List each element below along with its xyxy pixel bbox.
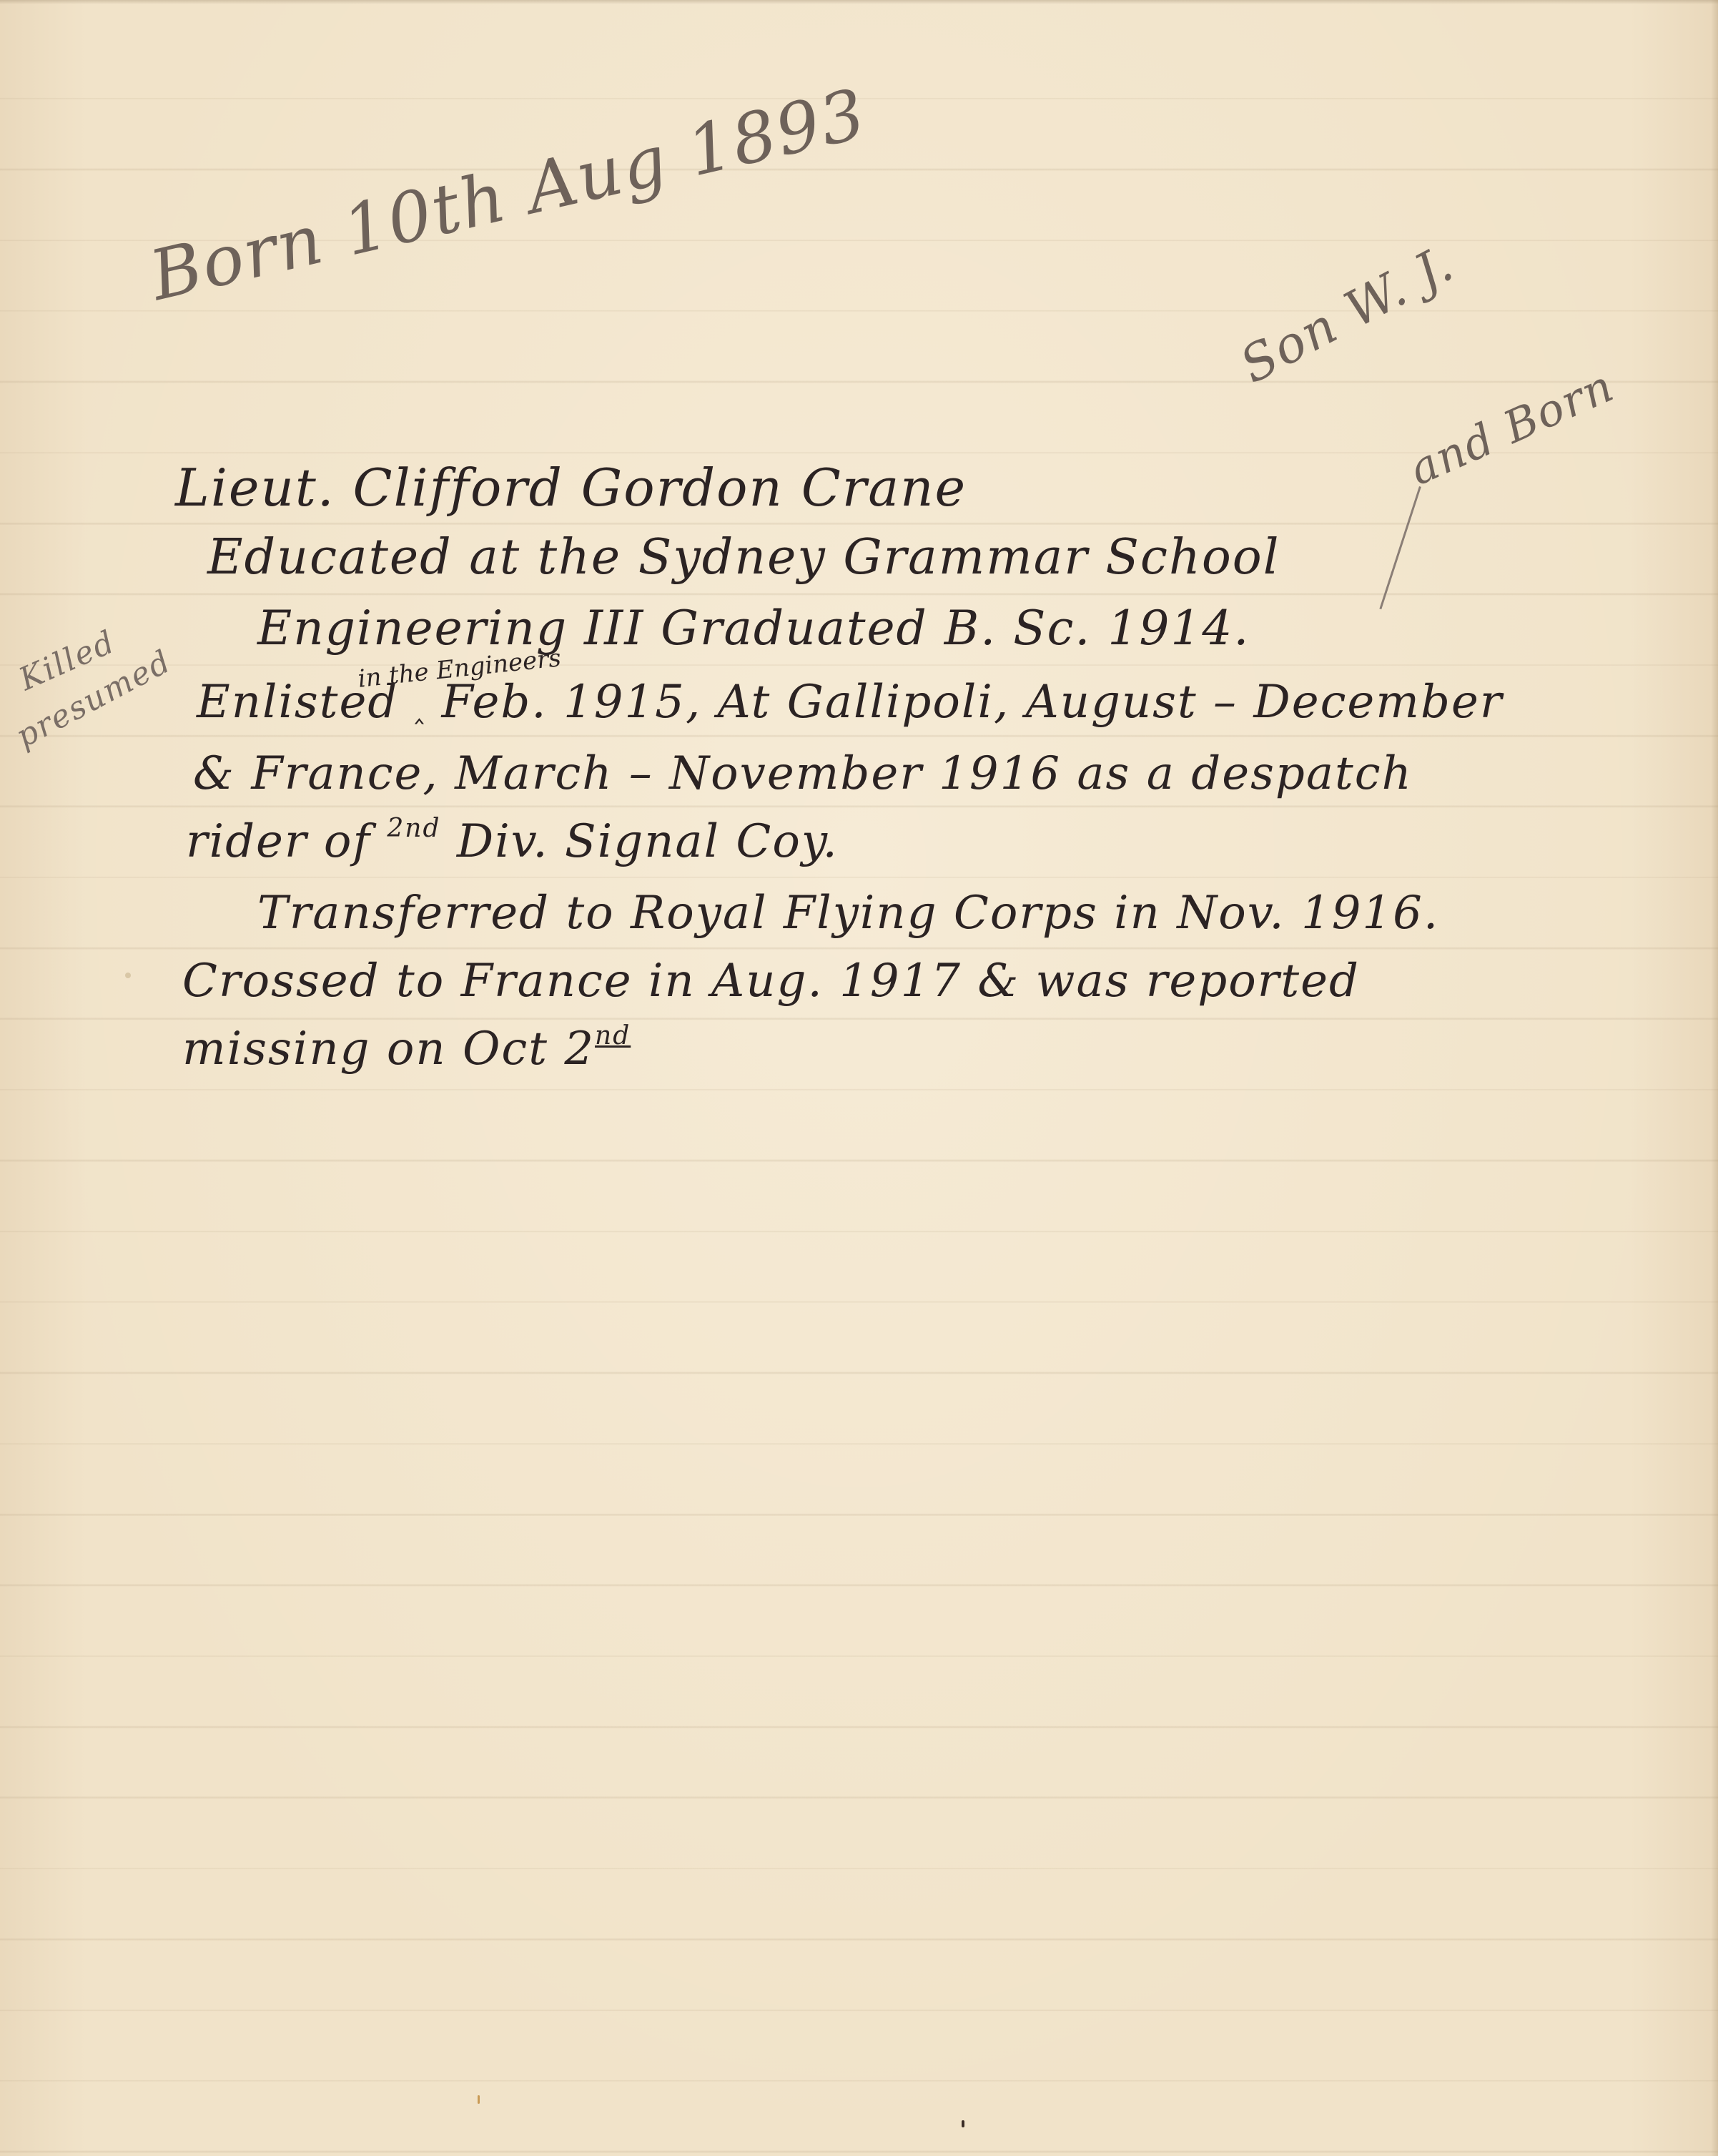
annotation-born-date: Born 10th Aug 1893 — [143, 74, 874, 316]
annotation-pencil-line — [1379, 486, 1421, 609]
paper-right-edge — [1711, 0, 1718, 2156]
body-line-missing: missing on Oct 2nd — [182, 1023, 631, 1075]
document-page: Born 10th Aug 1893 Son W. J. and Born Ki… — [0, 0, 1718, 2156]
annotation-son-of: Son W. J. — [1231, 234, 1463, 395]
caret-mark: ‸ — [415, 691, 426, 724]
paper-top-edge — [0, 0, 1718, 4]
rider-of: rider of — [186, 815, 371, 868]
body-line-education: Educated at the Sydney Grammar School — [207, 529, 1280, 586]
missing-text: missing on Oct 2 — [182, 1023, 595, 1075]
annotation-and-born: and Born — [1401, 359, 1621, 496]
body-line-enlisted: Enlisted ‸ Feb. 1915, At Gallipoli, Augu… — [197, 676, 1503, 729]
div-signal-coy: Div. Signal Coy. — [457, 815, 839, 868]
superscript-nd: nd — [595, 1021, 631, 1050]
body-line-crossed-france: Crossed to France in Aug. 1917 & was rep… — [182, 955, 1360, 1008]
body-line-france-1916: & France, March – November 1916 as a des… — [193, 747, 1413, 800]
body-line-rfc-transfer: Transferred to Royal Flying Corps in Nov… — [257, 887, 1439, 940]
paper-speck — [478, 2095, 480, 2104]
superscript-2nd: 2nd — [387, 814, 440, 843]
paper-speck — [125, 973, 131, 978]
body-line-name: Lieut. Clifford Gordon Crane — [175, 458, 967, 518]
enlisted-word: Enlisted — [197, 676, 398, 729]
body-line-graduation: Engineering III Graduated B. Sc. 1914. — [257, 601, 1250, 656]
paper-speck — [962, 2120, 964, 2127]
enlisted-details: Feb. 1915, At Gallipoli, August – Decemb… — [442, 676, 1504, 729]
body-line-despatch-rider: rider of 2nd Div. Signal Coy. — [186, 815, 839, 868]
